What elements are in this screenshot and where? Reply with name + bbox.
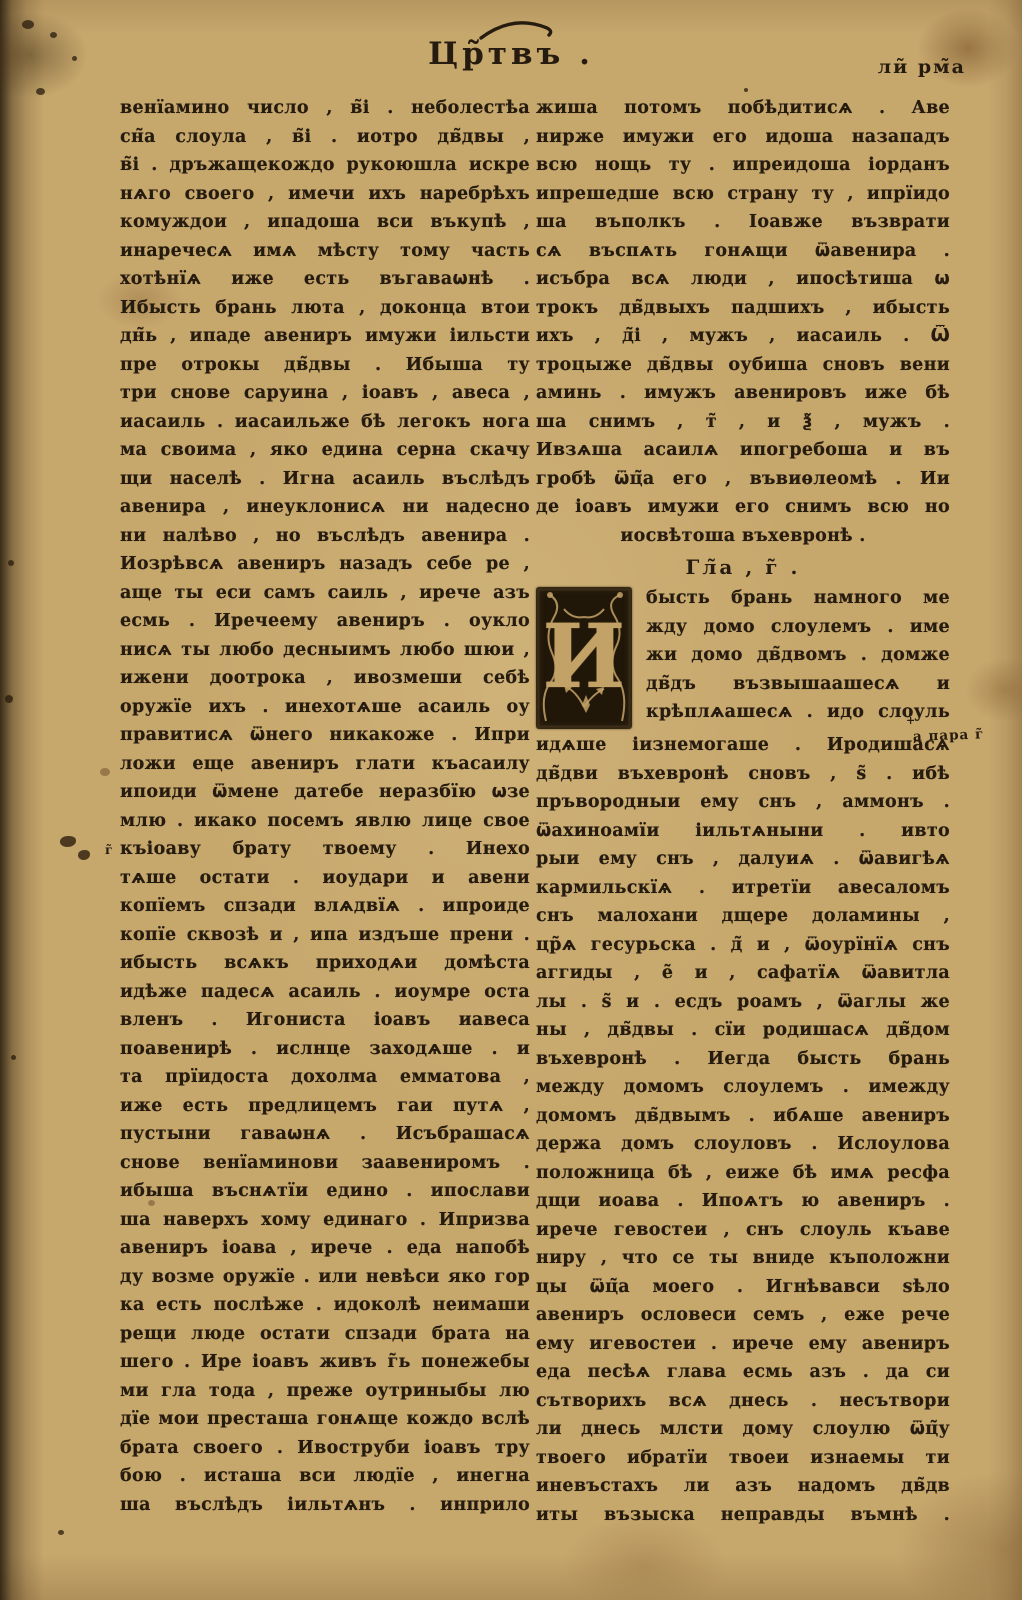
text-line: Иозрѣвсѧ авениръ назадъ себе ре , xyxy=(120,550,530,579)
text-line: венїамино число , в̃і . неболестѣа xyxy=(120,94,530,123)
text-line: ли днесь млсти дому слоулю ѿц̃у xyxy=(536,1415,950,1444)
left-text-column: венїамино число , в̃і . неболестѣасн̃а с… xyxy=(120,94,530,1519)
text-line: оружїе ихъ . инехотѧше асаиль оу xyxy=(120,693,530,722)
text-line: трокъ дв̃двыхъ падшихъ , ибысть xyxy=(536,294,950,323)
text-line: щи населѣ . Игна асаиль въслѣдъ xyxy=(120,465,530,494)
ink-dot xyxy=(58,1530,64,1535)
text-line: твоего ибратїи твоеи изнаемы ти xyxy=(536,1444,950,1473)
text-line: исъбра всѧ люди , ипосѣтиша ѡ xyxy=(536,265,950,294)
text-line: копїе сквозѣ и , ипа издъше прени . xyxy=(120,921,530,950)
text-line: цы ѿц̃а моего . Игнѣвавси ѕѣло xyxy=(536,1273,950,1302)
right-column-top-lines: жиша потомъ побѣдитисѧ . Авенирже имужи … xyxy=(536,94,950,522)
ink-blob xyxy=(78,850,90,860)
paragraph-end-line: иосвѣтоша въхевронѣ . xyxy=(536,522,950,551)
page-title: Цр̃твъ . xyxy=(0,36,1022,72)
folio-number: ли̃ рм̃а xyxy=(878,56,966,78)
text-line: еда песѣѧ глава есмь азъ . да си xyxy=(536,1358,950,1387)
text-line: домомъ дв̃двымъ . ибѧше авениръ xyxy=(536,1102,950,1131)
text-line: в̃і . дръжащекождо рукоюшла искре xyxy=(120,151,530,180)
text-line: поавенирѣ . ислнце заходѧше . и xyxy=(120,1035,530,1064)
text-line: ижени доотрока , ивозмеши себѣ xyxy=(120,664,530,693)
text-line: ша наверхъ хому единаго . Ипризва xyxy=(120,1206,530,1235)
text-line: ка есть послѣже . идоколѣ неимаши xyxy=(120,1291,530,1320)
text-line: ша въполкъ . Іоавже възврати xyxy=(536,208,950,237)
text-line: лы . ѕ̃ и . есдъ роамъ , ѿаглы же xyxy=(536,988,950,1017)
right-text-column: жиша потомъ побѣдитисѧ . Авенирже имужи … xyxy=(536,94,950,1529)
ink-dot xyxy=(36,88,45,95)
text-line: идѧше іизнемогаше . Иродишасѧ xyxy=(536,731,950,760)
text-line: та прїидоста дохолма емматова , xyxy=(120,1063,530,1092)
text-line: иже есть предлицемъ гаи путѧ , xyxy=(120,1092,530,1121)
text-line: ложи еще авениръ глати къасаилу xyxy=(120,750,530,779)
text-line: правитисѧ ѿнего никакоже . Ипри xyxy=(120,721,530,750)
text-line: Ивзѧша асаилѧ ипогребоша и въ xyxy=(536,436,950,465)
text-line: вленъ . Игониста іоавъ иавеса xyxy=(120,1006,530,1035)
ornate-initial-block: И xyxy=(536,587,632,729)
text-line: кармильскїѧ . итретїи авесаломъ xyxy=(536,874,950,903)
text-line: де іоавъ имужи его снимъ всю но xyxy=(536,493,950,522)
text-line: три снове саруина , іоавъ , авеса , xyxy=(120,379,530,408)
margin-note-left: г̃ xyxy=(105,842,113,857)
ink-dot xyxy=(8,560,14,566)
text-line: тѧше остати . иоудари и авени xyxy=(120,864,530,893)
ink-dot xyxy=(22,20,34,29)
text-line: нисѧ ты любо десныимъ любо шюи , xyxy=(120,636,530,665)
text-line: копїемъ спзади влѧдвїѧ . ипроиде xyxy=(120,892,530,921)
text-line: ибыша въснѧтїи едино . ипослави xyxy=(120,1177,530,1206)
ink-dot xyxy=(5,695,13,703)
text-line: ему игевостеи . ирече ему авениръ xyxy=(536,1330,950,1359)
text-line: ду возме оружїе . или невѣси яко гор xyxy=(120,1263,530,1292)
text-line: аще ты еси самъ саиль , ирече азъ xyxy=(120,579,530,608)
text-line: иты възыска неправды въмнѣ . xyxy=(536,1501,950,1530)
text-line: цр̃ѧ гесурьска . д̃ и , ѿоурїнїѧ снъ xyxy=(536,931,950,960)
text-line: идѣже падесѧ асаиль . иоумре оста xyxy=(120,978,530,1007)
text-line: троцыже дв̃двы оубиша сновъ вени xyxy=(536,351,950,380)
text-line: бою . исташа вси людїе , инегна xyxy=(120,1462,530,1491)
text-line: держа домъ слоуловъ . Ислоулова xyxy=(536,1130,950,1159)
text-line: сн̃а слоула , в̃і . иотро дв̃двы , xyxy=(120,123,530,152)
right-column-rest-lines: идѧше іизнемогаше . Иродишасѧдв̃дви въхе… xyxy=(536,731,950,1529)
text-line: положница бѣ , еиже бѣ имѧ ресфа xyxy=(536,1159,950,1188)
text-line: снове венїаминови заавениромъ . xyxy=(120,1149,530,1178)
text-line: авенира , инеуклонисѧ ни надесно xyxy=(120,493,530,522)
text-line: дн̃ь , ипаде авениръ имужи іильсти xyxy=(120,322,530,351)
text-line: аминь . имужъ авенировъ иже бѣ xyxy=(536,379,950,408)
text-line: дщи иоава . Ипоѧтъ ю авениръ . xyxy=(536,1187,950,1216)
chapter-heading: Гл̃а , г̃ . xyxy=(536,550,950,584)
book-page: Цр̃твъ . ли̃ рм̃а венїамино число , в̃і … xyxy=(0,0,1022,1600)
text-line: комуждои , ипадоша вси въкупѣ , xyxy=(120,208,530,237)
text-line: снъ малохани дщере доламины , xyxy=(536,902,950,931)
text-line: ѿахиноамїи іильтѧныни . ивто xyxy=(536,817,950,846)
text-line: въхевронѣ . Иегда бысть брань xyxy=(536,1045,950,1074)
text-line: ми гла тода , преже оутриныбы лю xyxy=(120,1377,530,1406)
paper-stain xyxy=(100,768,110,776)
chapter-opening-paragraph: И бысть брань намного м xyxy=(536,584,950,731)
text-line: Ибысть брань люта , доконца втои xyxy=(120,294,530,323)
initial-vine-ornament-icon xyxy=(536,587,632,729)
text-line: ша снимъ , т̃ , и ѯ̃ , мужъ . xyxy=(536,408,950,437)
text-line: инаречесѧ имѧ мѣсту тому часть xyxy=(120,237,530,266)
left-column-lines: венїамино число , в̃і . неболестѣасн̃а с… xyxy=(120,94,530,1519)
text-line: шего . Ире іоавъ живъ г̃ь понежебы xyxy=(120,1348,530,1377)
text-line: ирече гевостеи , снъ слоуль къаве xyxy=(536,1216,950,1245)
text-line: ни налѣво , но въслѣдъ авенира . xyxy=(120,522,530,551)
text-line: всю нощь ту . ипреидоша іорданъ xyxy=(536,151,950,180)
text-line: дїе мои престаша гонѧще кождо вслѣ xyxy=(120,1405,530,1434)
text-line: хотѣнїѧ иже есть въгаваѡнѣ . xyxy=(120,265,530,294)
text-line: ны , дв̃двы . сїи родишасѧ дв̃дом xyxy=(536,1016,950,1045)
text-line: рыи ему снъ , далуиѧ . ѿавигѣѧ xyxy=(536,845,950,874)
text-line: гробѣ ѿц̃а его , въвиѳлеомѣ . Ии xyxy=(536,465,950,494)
text-line: млю . икако посемъ явлю лице свое xyxy=(120,807,530,836)
text-line: ниру , что се ты вниде къположни xyxy=(536,1244,950,1273)
margin-ref-mark: + xyxy=(906,714,915,727)
text-line: аггиды , е̃ и , сафатїѧ ѿавитла xyxy=(536,959,950,988)
text-line: къіоаву брату твоему . Инехо xyxy=(120,835,530,864)
text-line: пустыни гаваѡнѧ . Исъбрашасѧ xyxy=(120,1120,530,1149)
text-line: авениръ іоава , ирече . еда напобѣ xyxy=(120,1234,530,1263)
text-line: авениръ ословеси семъ , еже рече xyxy=(536,1301,950,1330)
text-line: сѧ въспѧть гонѧщи ѿавенира . xyxy=(536,237,950,266)
margin-note-right: а пара г̃ xyxy=(913,725,1019,745)
text-line: пре отрокы дв̃двы . Ибыша ту xyxy=(120,351,530,380)
text-line: жиша потомъ побѣдитисѧ . Аве xyxy=(536,94,950,123)
text-line: нѧго своего , имечи ихъ наребрѣхъ xyxy=(120,180,530,209)
text-line: ма своима , яко едина серна скачу xyxy=(120,436,530,465)
text-line: пръвородныи ему снъ , аммонъ . xyxy=(536,788,950,817)
text-line: ипоиди ѿмене датебе неразбїю ѡзе xyxy=(120,778,530,807)
text-line: сътворихъ всѧ днесь . несътвори xyxy=(536,1387,950,1416)
text-line: между домомъ слоулемъ . имежду xyxy=(536,1073,950,1102)
ink-dot xyxy=(744,88,748,92)
ink-dot xyxy=(11,1055,16,1060)
text-line: рещи люде остати спзади брата на xyxy=(120,1320,530,1349)
text-line: брата своего . Ивоструби іоавъ тру xyxy=(120,1434,530,1463)
text-line: нирже имужи его идоша назападъ xyxy=(536,123,950,152)
text-line: иневъстахъ ли азъ надомъ дв̃дв xyxy=(536,1472,950,1501)
text-line: иасаиль . иасаильже бѣ легокъ нога xyxy=(120,408,530,437)
text-line: ша въслѣдъ іильтѧнъ . инприло xyxy=(120,1491,530,1520)
text-line: ипрешедше всю страну ту , ипрїидо xyxy=(536,180,950,209)
text-line: ибысть всѧкъ приходѧи домѣста xyxy=(120,949,530,978)
text-line: дв̃дви въхевронѣ сновъ , ѕ̃ . ибѣ xyxy=(536,760,950,789)
titlo-flourish-icon xyxy=(473,20,559,42)
text-line: ихъ , д̃і , мужъ , иасаиль . Ѿ xyxy=(536,322,950,351)
text-line: есмь . Иречеему авениръ . оукло xyxy=(120,607,530,636)
ink-blob xyxy=(60,836,76,847)
